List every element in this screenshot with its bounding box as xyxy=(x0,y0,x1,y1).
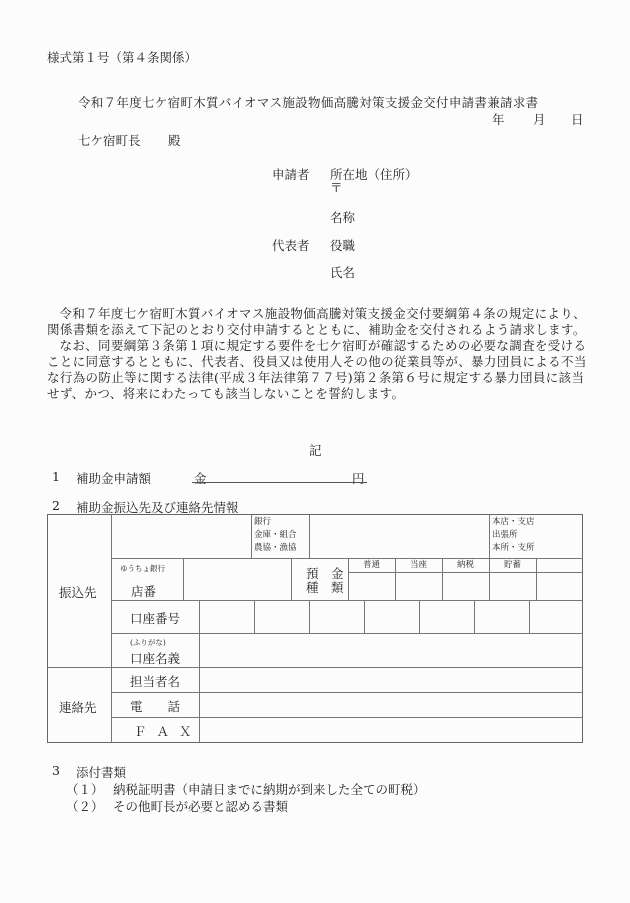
attachment-2-number: （２） xyxy=(66,797,104,815)
phone-field[interactable] xyxy=(200,693,583,717)
date-month: 月 xyxy=(533,110,546,128)
deposit-type-ordinary[interactable]: 普通 xyxy=(363,560,380,571)
body-text: 令和７年度七ケ宿町木質バイオマス施設物価高騰対策支援金交付要綱第４条の規定により… xyxy=(47,306,587,402)
representative-label: 代表者 xyxy=(272,236,310,254)
attachment-1-text: 納税証明書（申請日までに納期が到来した全ての町税） xyxy=(113,780,426,798)
attachment-1-number: （１） xyxy=(66,780,104,798)
address-label: 所在地（住所） xyxy=(330,165,418,183)
amount-prefix: 金 xyxy=(194,469,207,487)
person-in-charge-label: 担当者名 xyxy=(130,672,180,690)
bank-name-field[interactable] xyxy=(112,515,251,558)
phone-label: 電 話 xyxy=(130,697,180,715)
deposit-type-tax[interactable]: 納税 xyxy=(457,560,474,571)
bank-type-nokyo[interactable]: 農協・漁協 xyxy=(254,543,297,554)
addressee-honorific: 殿 xyxy=(168,131,181,149)
paragraph-application: 令和７年度七ケ宿町木質バイオマス施設物価高騰対策支援金交付要綱第４条の規定により… xyxy=(47,306,587,338)
branch-name-field[interactable] xyxy=(310,515,489,558)
bank-type-bank[interactable]: 銀行 xyxy=(254,517,271,528)
section1-number: 1 xyxy=(52,469,60,484)
fax-label: Ｆ Ａ Ｘ xyxy=(134,722,194,740)
ki-heading: 記 xyxy=(309,441,322,459)
furigana-label: (ふりがな) xyxy=(130,637,166,648)
yucho-label: ゆうちょ銀行 xyxy=(120,563,165,574)
transfer-label: 振込先 xyxy=(59,583,97,601)
date-day: 日 xyxy=(571,110,584,128)
position-label: 役職 xyxy=(330,236,355,254)
bank-type-shinkin[interactable]: 金庫・組合 xyxy=(254,530,297,541)
branch-type-main[interactable]: 本店・支店 xyxy=(492,517,535,528)
yucho-store-number-field[interactable] xyxy=(184,559,291,600)
section1-label: 補助金申請額 xyxy=(76,469,151,487)
amount-suffix: 円 xyxy=(352,469,365,487)
account-number-field[interactable] xyxy=(200,601,583,633)
addressee-name: 七ケ宿町長 xyxy=(78,131,141,149)
account-holder-field[interactable] xyxy=(200,634,583,667)
bank-contact-table: 振込先 銀行 金庫・組合 農協・漁協 本店・支店 出張所 本所・支所 ゆうちょ銀… xyxy=(47,514,583,743)
paragraph-consent: なお、同要綱第３条第１項に規定する要件を七ケ宿町が確認するための必要な調査を受け… xyxy=(47,338,587,402)
store-number-label: 店番 xyxy=(131,582,156,600)
deposit-type-label-2: 種 類 xyxy=(306,578,344,596)
deposit-type-savings[interactable]: 貯蓄 xyxy=(504,560,521,571)
section2-number: 2 xyxy=(52,498,60,513)
name-label: 名称 xyxy=(330,208,355,226)
attachment-2-text: その他町長が必要と認める書類 xyxy=(113,797,288,815)
account-holder-label: 口座名義 xyxy=(130,649,180,667)
deposit-type-current[interactable]: 当座 xyxy=(410,560,427,571)
contact-label: 連絡先 xyxy=(59,698,97,716)
person-in-charge-field[interactable] xyxy=(200,668,583,692)
section3-number: 3 xyxy=(52,763,60,778)
branch-type-honsho[interactable]: 本所・支所 xyxy=(492,543,535,554)
postal-mark: 〒 xyxy=(330,178,343,196)
applicant-label: 申請者 xyxy=(272,165,310,183)
amount-input-line[interactable] xyxy=(192,481,367,483)
person-name-label: 氏名 xyxy=(330,263,355,281)
section3-label: 添付書類 xyxy=(76,763,126,781)
form-number: 様式第１号（第４条関係） xyxy=(47,48,197,66)
fax-field[interactable] xyxy=(200,718,583,743)
branch-type-office[interactable]: 出張所 xyxy=(492,530,518,541)
page-title: 令和７年度七ケ宿町木質バイオマス施設物価高騰対策支援金交付申請書兼請求書 xyxy=(78,93,538,111)
account-number-label: 口座番号 xyxy=(130,609,180,627)
date-year: 年 xyxy=(492,110,505,128)
